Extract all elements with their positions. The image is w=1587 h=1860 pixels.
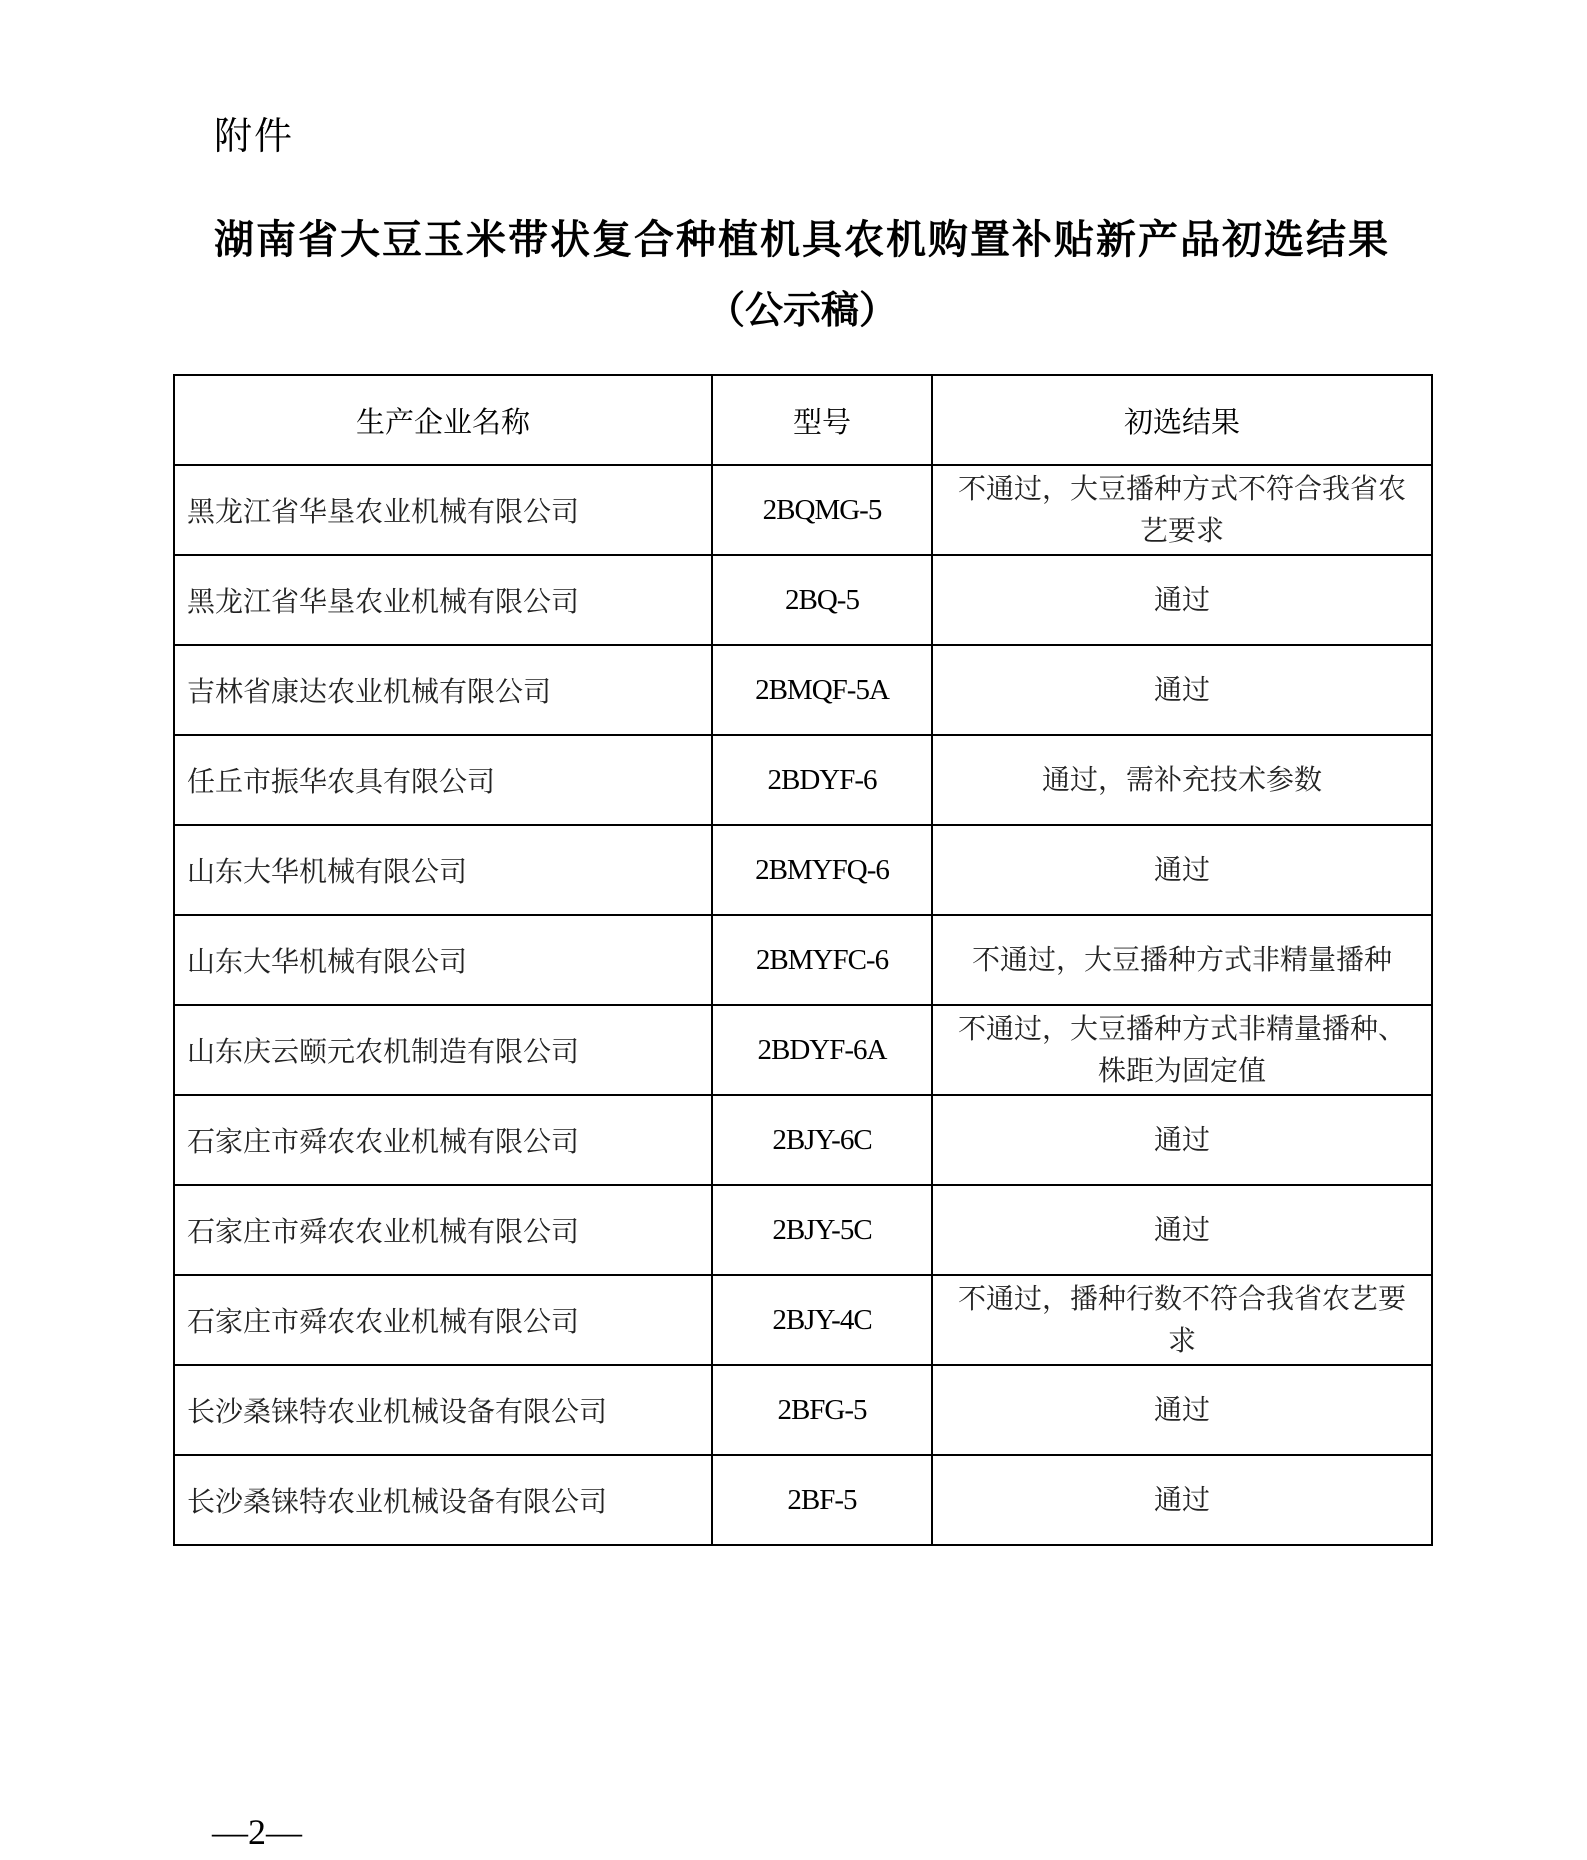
- document-title: 湖南省大豆玉米带状复合种植机具农机购置补贴新产品初选结果: [173, 212, 1431, 268]
- result-cell: 通过: [932, 1365, 1432, 1455]
- company-cell: 石家庄市舜农农业机械有限公司: [174, 1095, 712, 1185]
- company-cell: 吉林省康达农业机械有限公司: [174, 645, 712, 735]
- company-cell: 黑龙江省华垦农业机械有限公司: [174, 465, 712, 555]
- result-cell: 通过: [932, 555, 1432, 645]
- model-cell: 2BJY-4C: [712, 1275, 932, 1365]
- model-cell: 2BDYF-6: [712, 735, 932, 825]
- attachment-label: 附件: [214, 112, 294, 160]
- model-cell: 2BDYF-6A: [712, 1005, 932, 1095]
- table-row: 石家庄市舜农农业机械有限公司 2BJY-6C 通过: [174, 1095, 1432, 1185]
- company-cell: 石家庄市舜农农业机械有限公司: [174, 1275, 712, 1365]
- result-cell: 通过，需补充技术参数: [932, 735, 1432, 825]
- table-row: 山东大华机械有限公司 2BMYFQ-6 通过: [174, 825, 1432, 915]
- company-cell: 任丘市振华农具有限公司: [174, 735, 712, 825]
- company-cell: 石家庄市舜农农业机械有限公司: [174, 1185, 712, 1275]
- result-cell: 通过: [932, 645, 1432, 735]
- result-cell: 通过: [932, 1185, 1432, 1275]
- table-row: 黑龙江省华垦农业机械有限公司 2BQ-5 通过: [174, 555, 1432, 645]
- table-row: 山东庆云颐元农机制造有限公司 2BDYF-6A 不通过，大豆播种方式非精量播种、…: [174, 1005, 1432, 1095]
- result-cell: 通过: [932, 1455, 1432, 1545]
- table-row: 黑龙江省华垦农业机械有限公司 2BQMG-5 不通过，大豆播种方式不符合我省农艺…: [174, 465, 1432, 555]
- result-cell: 不通过，播种行数不符合我省农艺要求: [932, 1275, 1432, 1365]
- table-header-row: 生产企业名称 型号 初选结果: [174, 375, 1432, 465]
- table-row: 石家庄市舜农农业机械有限公司 2BJY-5C 通过: [174, 1185, 1432, 1275]
- header-model: 型号: [712, 375, 932, 465]
- result-cell: 通过: [932, 1095, 1432, 1185]
- result-cell: 通过: [932, 825, 1432, 915]
- company-cell: 山东大华机械有限公司: [174, 825, 712, 915]
- result-cell: 不通过，大豆播种方式不符合我省农艺要求: [932, 465, 1432, 555]
- company-cell: 长沙桑铼特农业机械设备有限公司: [174, 1365, 712, 1455]
- header-result: 初选结果: [932, 375, 1432, 465]
- model-cell: 2BF-5: [712, 1455, 932, 1545]
- table-row: 任丘市振华农具有限公司 2BDYF-6 通过，需补充技术参数: [174, 735, 1432, 825]
- result-cell: 不通过，大豆播种方式非精量播种: [932, 915, 1432, 1005]
- company-cell: 山东大华机械有限公司: [174, 915, 712, 1005]
- result-cell: 不通过，大豆播种方式非精量播种、株距为固定值: [932, 1005, 1432, 1095]
- header-company: 生产企业名称: [174, 375, 712, 465]
- table-row: 长沙桑铼特农业机械设备有限公司 2BFG-5 通过: [174, 1365, 1432, 1455]
- model-cell: 2BQMG-5: [712, 465, 932, 555]
- document-subtitle: （公示稿）: [173, 282, 1431, 338]
- table-row: 石家庄市舜农农业机械有限公司 2BJY-4C 不通过，播种行数不符合我省农艺要求: [174, 1275, 1432, 1365]
- table-row: 长沙桑铼特农业机械设备有限公司 2BF-5 通过: [174, 1455, 1432, 1545]
- model-cell: 2BMYFQ-6: [712, 825, 932, 915]
- model-cell: 2BJY-5C: [712, 1185, 932, 1275]
- model-cell: 2BMQF-5A: [712, 645, 932, 735]
- company-cell: 山东庆云颐元农机制造有限公司: [174, 1005, 712, 1095]
- model-cell: 2BJY-6C: [712, 1095, 932, 1185]
- results-table: 生产企业名称 型号 初选结果 黑龙江省华垦农业机械有限公司 2BQMG-5 不通…: [173, 374, 1433, 1546]
- table-row: 吉林省康达农业机械有限公司 2BMQF-5A 通过: [174, 645, 1432, 735]
- model-cell: 2BFG-5: [712, 1365, 932, 1455]
- company-cell: 黑龙江省华垦农业机械有限公司: [174, 555, 712, 645]
- model-cell: 2BQ-5: [712, 555, 932, 645]
- table-row: 山东大华机械有限公司 2BMYFC-6 不通过，大豆播种方式非精量播种: [174, 915, 1432, 1005]
- company-cell: 长沙桑铼特农业机械设备有限公司: [174, 1455, 712, 1545]
- model-cell: 2BMYFC-6: [712, 915, 932, 1005]
- page-number: —2—: [212, 1812, 302, 1852]
